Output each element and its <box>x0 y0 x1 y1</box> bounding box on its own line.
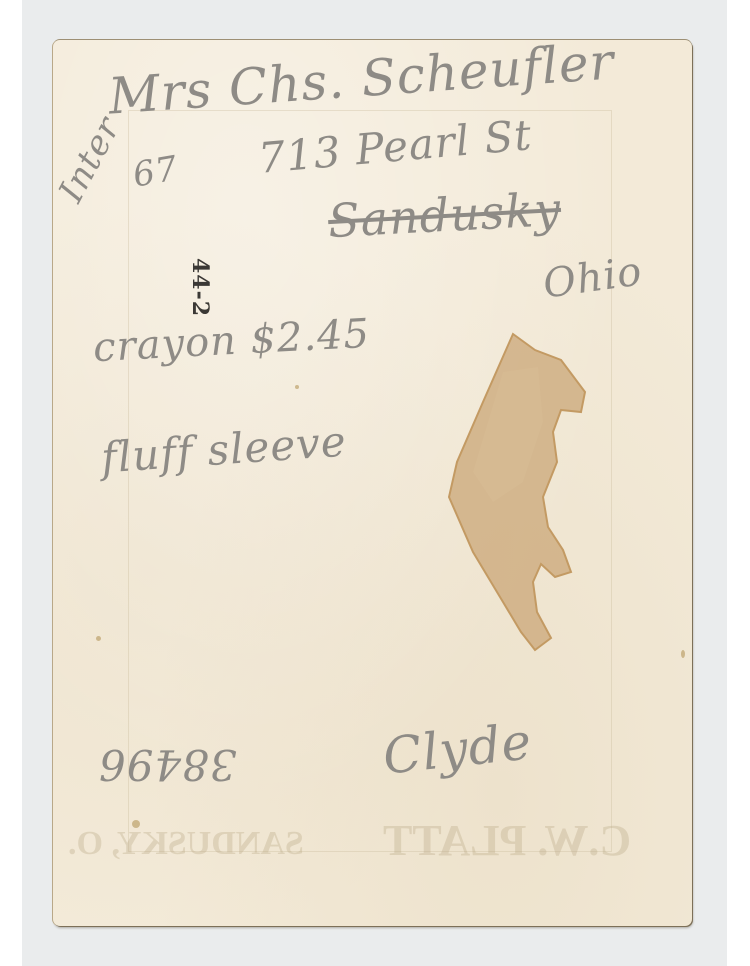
side-note: Inter <box>51 110 129 209</box>
order-number-upside-down: 38496 <box>98 740 237 789</box>
speck <box>96 636 101 641</box>
location-imprint-ghost: SANDUSKY, O. <box>68 825 304 863</box>
speck <box>681 650 685 658</box>
stain-mark <box>443 332 593 652</box>
speck <box>132 820 140 828</box>
rotated-code: 44-2 <box>187 258 213 317</box>
speck <box>295 385 299 389</box>
side-number: 67 <box>130 148 182 195</box>
photo-card-back: C.W. PLATT SANDUSKY, O. Mrs Chs. Scheufl… <box>53 40 692 926</box>
studio-imprint-ghost: C.W. PLATT <box>383 815 631 866</box>
